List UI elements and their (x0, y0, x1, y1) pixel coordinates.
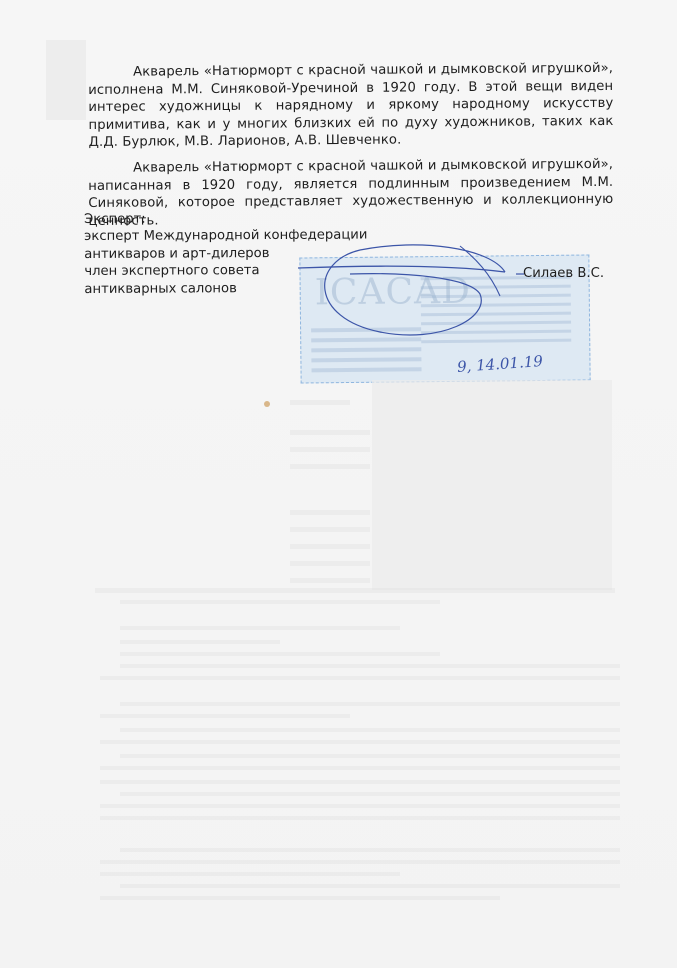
expert-name: Силаев В.С. (523, 266, 604, 281)
expert-heading: Эксперт: (84, 210, 367, 229)
scan-shadow (46, 40, 86, 120)
document-page: Акварель «Натюрморт с красной чашкой и д… (0, 0, 677, 968)
paragraph-attribution: Акварель «Натюрморт с красной чашкой и д… (88, 60, 614, 152)
paragraph-text: Акварель «Натюрморт с красной чашкой и д… (88, 60, 614, 152)
reverse-side-bleed-image (372, 380, 612, 590)
paper-stain (264, 401, 270, 407)
signature-icon (290, 228, 550, 348)
